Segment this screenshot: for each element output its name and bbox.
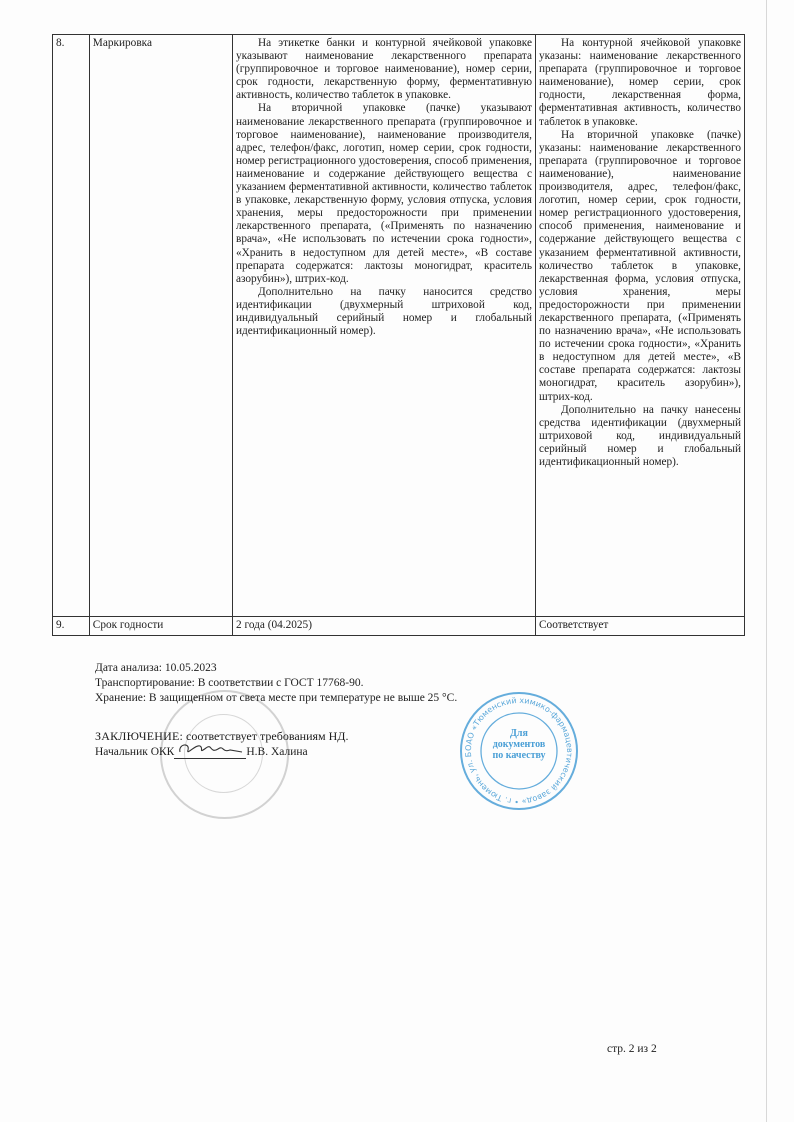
- page-number: стр. 2 из 2: [607, 1043, 657, 1055]
- table-row: 9. Срок годности 2 года (04.2025) Соотве…: [53, 617, 745, 636]
- signature-line: Начальник ОККН.В. Халина: [95, 744, 308, 759]
- handwritten-signature-icon: [176, 740, 244, 758]
- signature: [174, 744, 246, 759]
- row-number: 8.: [53, 35, 90, 617]
- parameter-name: Маркировка: [89, 35, 232, 617]
- analysis-date: Дата анализа: 10.05.2023: [95, 662, 217, 675]
- parameter-name: Срок годности: [89, 617, 232, 636]
- stamp-center-text: Для документов по качеству: [488, 728, 550, 761]
- result-paragraph: На контурной ячейковой упаковке указаны:…: [539, 37, 741, 129]
- requirement-paragraph: На вторичной упаковке (пачке) указывают …: [236, 102, 532, 285]
- document-page: 8. Маркировка На этикетке банки и контур…: [0, 0, 794, 1122]
- requirement-cell: 2 года (04.2025): [233, 617, 536, 636]
- signer-name: Н.В. Халина: [246, 746, 307, 758]
- result-cell: Соответствует: [536, 617, 745, 636]
- requirement-cell: На этикетке банки и контурной ячейковой …: [233, 35, 536, 617]
- table-row: 8. Маркировка На этикетке банки и контур…: [53, 35, 745, 617]
- requirement-paragraph: Дополнительно на пачку наносится средств…: [236, 286, 532, 338]
- requirement-paragraph: На этикетке банки и контурной ячейковой …: [236, 37, 532, 102]
- storage-conditions: Хранение: В защищенном от света месте пр…: [95, 692, 457, 705]
- result-cell: На контурной ячейковой упаковке указаны:…: [536, 35, 745, 617]
- specification-table: 8. Маркировка На этикетке банки и контур…: [52, 34, 745, 636]
- signer-title: Начальник ОКК: [95, 746, 174, 758]
- result-paragraph: Дополнительно на пачку нанесены средства…: [539, 404, 741, 469]
- blue-round-stamp: ОАО «Тюменский химико-фармацевтический з…: [458, 690, 580, 812]
- result-paragraph: На вторичной упаковке (пачке) указаны: н…: [539, 129, 741, 404]
- row-number: 9.: [53, 617, 90, 636]
- transport-conditions: Транспортирование: В соответствии с ГОСТ…: [95, 677, 363, 690]
- conclusion-label: ЗАКЛЮЧЕНИЕ:: [95, 729, 183, 743]
- scan-edge-line: [766, 0, 767, 1122]
